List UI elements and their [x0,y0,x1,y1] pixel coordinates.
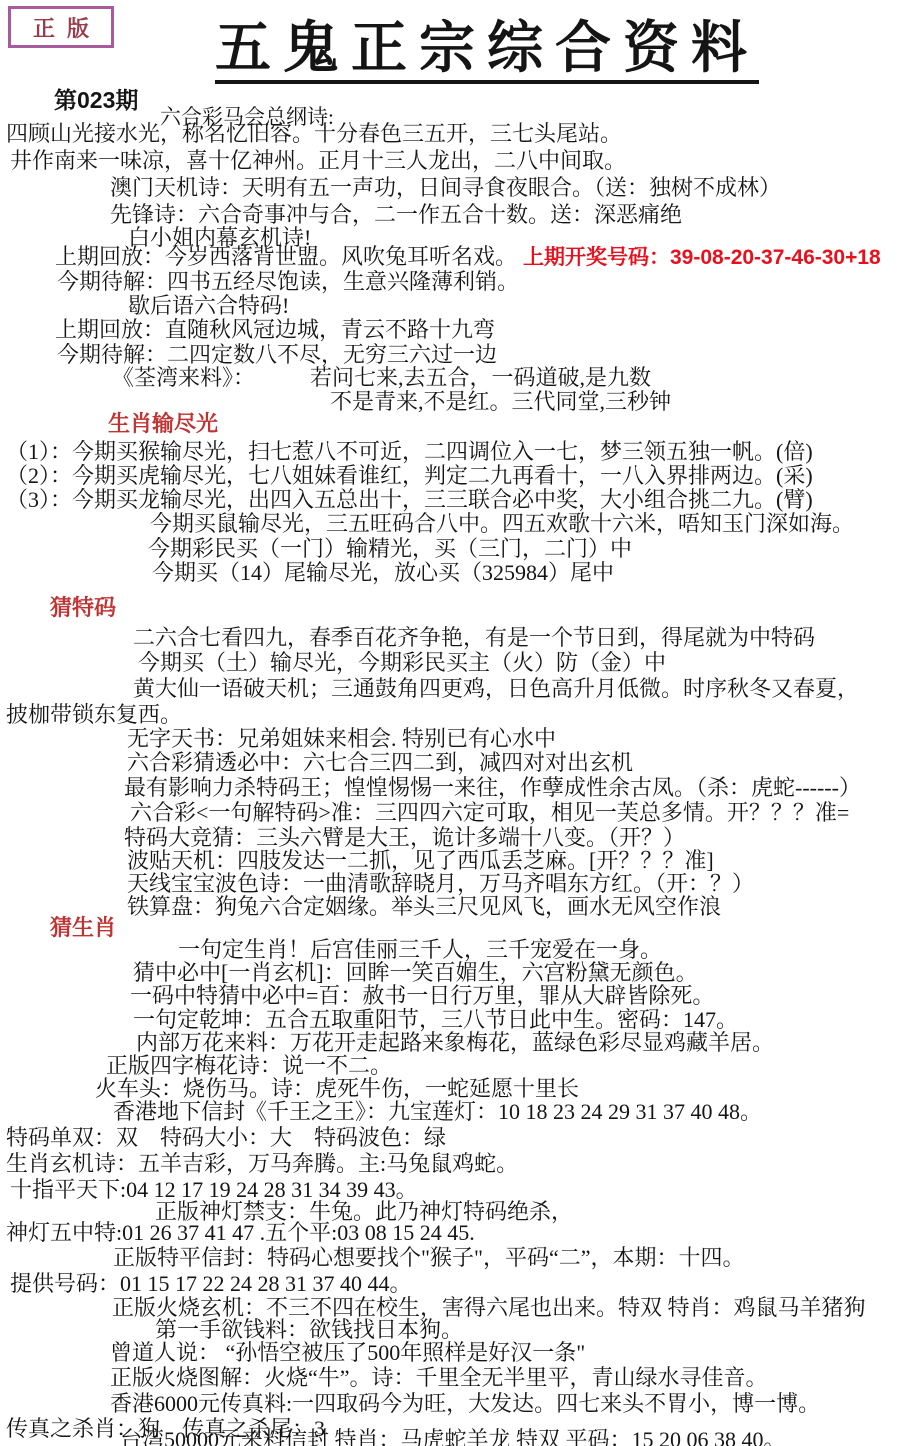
page-title: 五鬼正宗综合资料 [215,20,759,84]
text-line: 台湾50000元来料信封 特肖：马虎蛇羊龙 特双 平码：15 20 06 38 … [120,1428,786,1446]
text-line: 井作南来一味凉，喜十亿神州。正月十三人龙出，二八中间取。 [10,149,626,173]
text-line: 天线宝宝波色诗：一曲清歌辞晓月，万马齐唱东方红。（开：？） [127,872,754,896]
authentic-badge: 正版 [8,6,114,48]
text-line: （3）：今期买龙输尽光，出四入五总出十，三三联合必中奖，大小组合挑二九。(臂) [6,488,813,512]
text-line: 上期回放：今岁西落背世盟。风吹兔耳听名戏。 [55,245,517,269]
text-line: 今期买（14）尾输尽光，放心买（325984）尾中 [152,561,614,585]
text-line: 一句定乾坤：五合五取重阳节，三八节日此中生。密码：147。 [133,1008,738,1032]
text-line: 正版火烧图解：火烧“牛”。诗：千里全无半里平，青山绿水寻佳音。 [110,1366,768,1390]
text-line: 今期买（土）输尽光，今期彩民买主（火）防（金）中 [138,651,666,675]
section-heading: 猜生肖 [50,916,116,940]
text-line: 今期买鼠输尽光，三五旺码合八中。四五欢歌十六米，唔知玉门深如海。 [150,512,854,536]
text-line: 香港6000元传真料:一四取码今为旺，大发达。四七来头不胃小，博一博。 [110,1392,820,1416]
section-heading: 猜特码 [50,596,116,620]
text-line: 不是青来,不是红。三代同堂,三秒钟 [330,390,671,414]
text-line: 特码单双：双 特码大小：大 特码波色：绿 [6,1126,446,1150]
text-line: 一码中特猜中必中=百：赦书一日行万里，罪从大辟皆除死。 [130,984,714,1008]
text-line: 正版特平信封：特码心想要找个"猴子"，平码“二”，本期：十四。 [113,1246,745,1270]
text-line: （1）：今期买猴输尽光，扫七惹八不可近，二四调位入一七，梦三领五独一帆。(倍) [6,440,813,464]
text-line: 无字天书：兄弟姐妹来相会. 特别已有心水中 [127,727,556,751]
text-line: （2）：今期买虎输尽光，七八姐妹看谁红，判定二九再看十，一八入界排两边。(采) [6,464,813,488]
text-line: 火车头：烧伤马。诗：虎死牛伤，一蛇延愿十里长 [95,1077,579,1101]
text-line: 特码大竞猜：三头六臂是大王，诡计多端十八变。（开？） [124,826,685,850]
text-line: 六合彩<一句解特码>准：三四四六定可取，相见一芙总多情。开？？？准= [130,801,849,825]
text-line: 《荃湾来料》： 若问七来,去五合，一码道破,是九数 [112,366,651,390]
text-line: 六合彩猜透必中：六七合三四二到，减四对对出玄机 [127,751,633,775]
text-line: 正版四字梅花诗：说一不二。 [106,1054,392,1078]
last-draw-numbers: 上期开奖号码：39-08-20-37-46-30+18 [523,241,881,271]
text-line: 上期回放：直随秋风冠边城，青云不路十九弯 [55,318,495,342]
text-line: 澳门天机诗：天明有五一声功，日间寻食夜眼合。（送：独树不成林） [110,176,781,200]
text-line: 神灯五中特:01 26 37 41 47 .五个平:03 08 15 24 45… [6,1221,475,1245]
text-line: 二六合七看四九，春季百花齐争艳，有是一个节日到，得尾就为中特码 [133,626,815,650]
text-line: 香港地下信封《千王之王》：九宝莲灯：10 18 23 24 29 31 37 4… [113,1100,762,1124]
issue-number: 第023期 [54,82,138,115]
text-line: 生肖玄机诗：五羊吉彩，万马奔腾。主:马兔鼠鸡蛇。 [6,1152,518,1176]
text-line: 最有影响力杀特码王；惶惶惕惕一来往，作孽成性余古凤。（杀：虎蛇------） [124,776,861,800]
text-line: 歇后语六合特码! [128,294,289,318]
text-line: 先锋诗：六合奇事冲与合，二一作五合十数。送：深恶痛绝 [110,203,682,227]
section-heading: 生肖输尽光 [108,412,218,436]
text-line: 一句定生肖！后宫佳丽三千人，三千宠爱在一身。 [178,938,662,962]
text-line: 曾道人说： “孙悟空被压了500年照样是好汉一条" [110,1341,585,1365]
text-line: 内部万花来料：万花开走起路来象梅花，蓝绿色彩尽显鸡藏羊居。 [136,1031,774,1055]
text-line: 今期待解：二四定数八不尽，无穷三六过一边 [57,343,497,367]
text-line: 猜中必中[一肖玄机]：回眸一笑百媚生，六宫粉黛无颜色。 [133,961,698,985]
text-line: 披枷带锁东复西。 [6,703,182,727]
text-line: 铁算盘：狗兔六合定姻缘。举头三尺见风飞，画水无风空作浪 [127,895,721,919]
text-line: 今期彩民买（一门）输精光，买（三门，二门）中 [148,537,632,561]
text-line: 今期待解：四书五经尽饱读，生意兴隆薄利销。 [57,270,519,294]
text-line: 黄大仙一语破天机；三通鼓角四更鸡，日色高升月低微。时序秋冬又春夏， [133,677,859,701]
text-line: 提供号码：01 15 17 22 24 28 31 37 40 44。 [10,1272,412,1296]
document-page: 正版 五鬼正宗综合资料 第023期 六合彩马会总纲诗: 上期开奖号码：39-08… [0,0,900,1446]
text-line: 第一手欲钱料：欲钱找日本狗。 [155,1318,463,1342]
text-line: 四顾山光接水光，称名忆旧容。十分春色三五开，三七头尾站。 [6,122,622,146]
text-line: 波贴天机：四肢发达一二抓，见了西瓜丢芝麻。[开？？？准] [127,849,714,873]
